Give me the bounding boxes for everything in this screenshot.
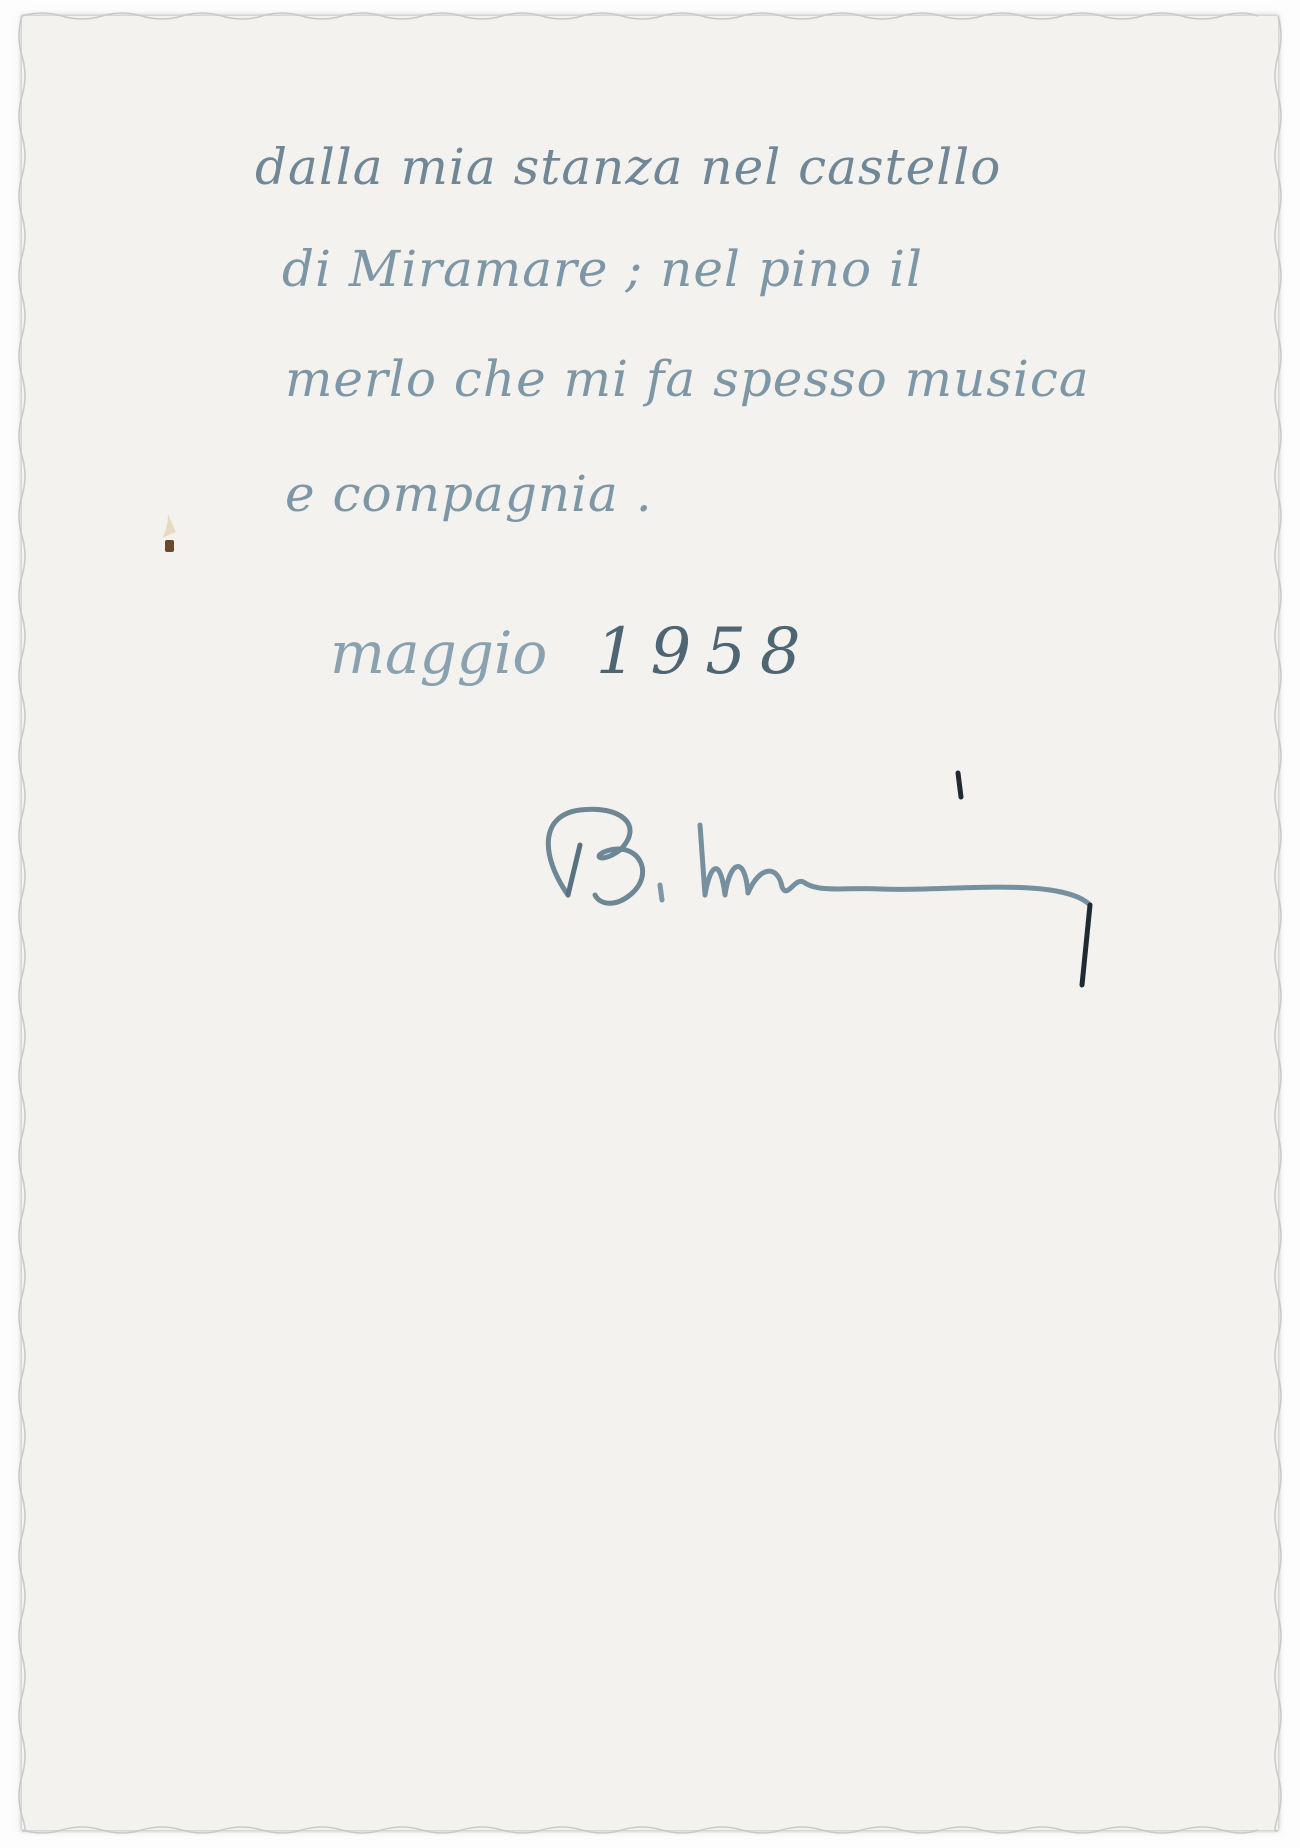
- handwritten-line-2: di Miramare ; nel pino il: [282, 240, 923, 298]
- date-year: 1958: [596, 615, 815, 689]
- page-background: dalla mia stanza nel castello di Miramar…: [0, 0, 1300, 1848]
- handwritten-line-3: merlo che mi fa spesso musica: [285, 350, 1090, 408]
- handwritten-line-4: e compagnia .: [285, 465, 653, 523]
- paper-stain: [150, 510, 190, 560]
- date-line: maggio 1958: [330, 615, 815, 689]
- signature: B. Marin: [520, 755, 1160, 995]
- handwritten-line-1: dalla mia stanza nel castello: [255, 138, 1001, 196]
- date-month: maggio: [330, 619, 547, 687]
